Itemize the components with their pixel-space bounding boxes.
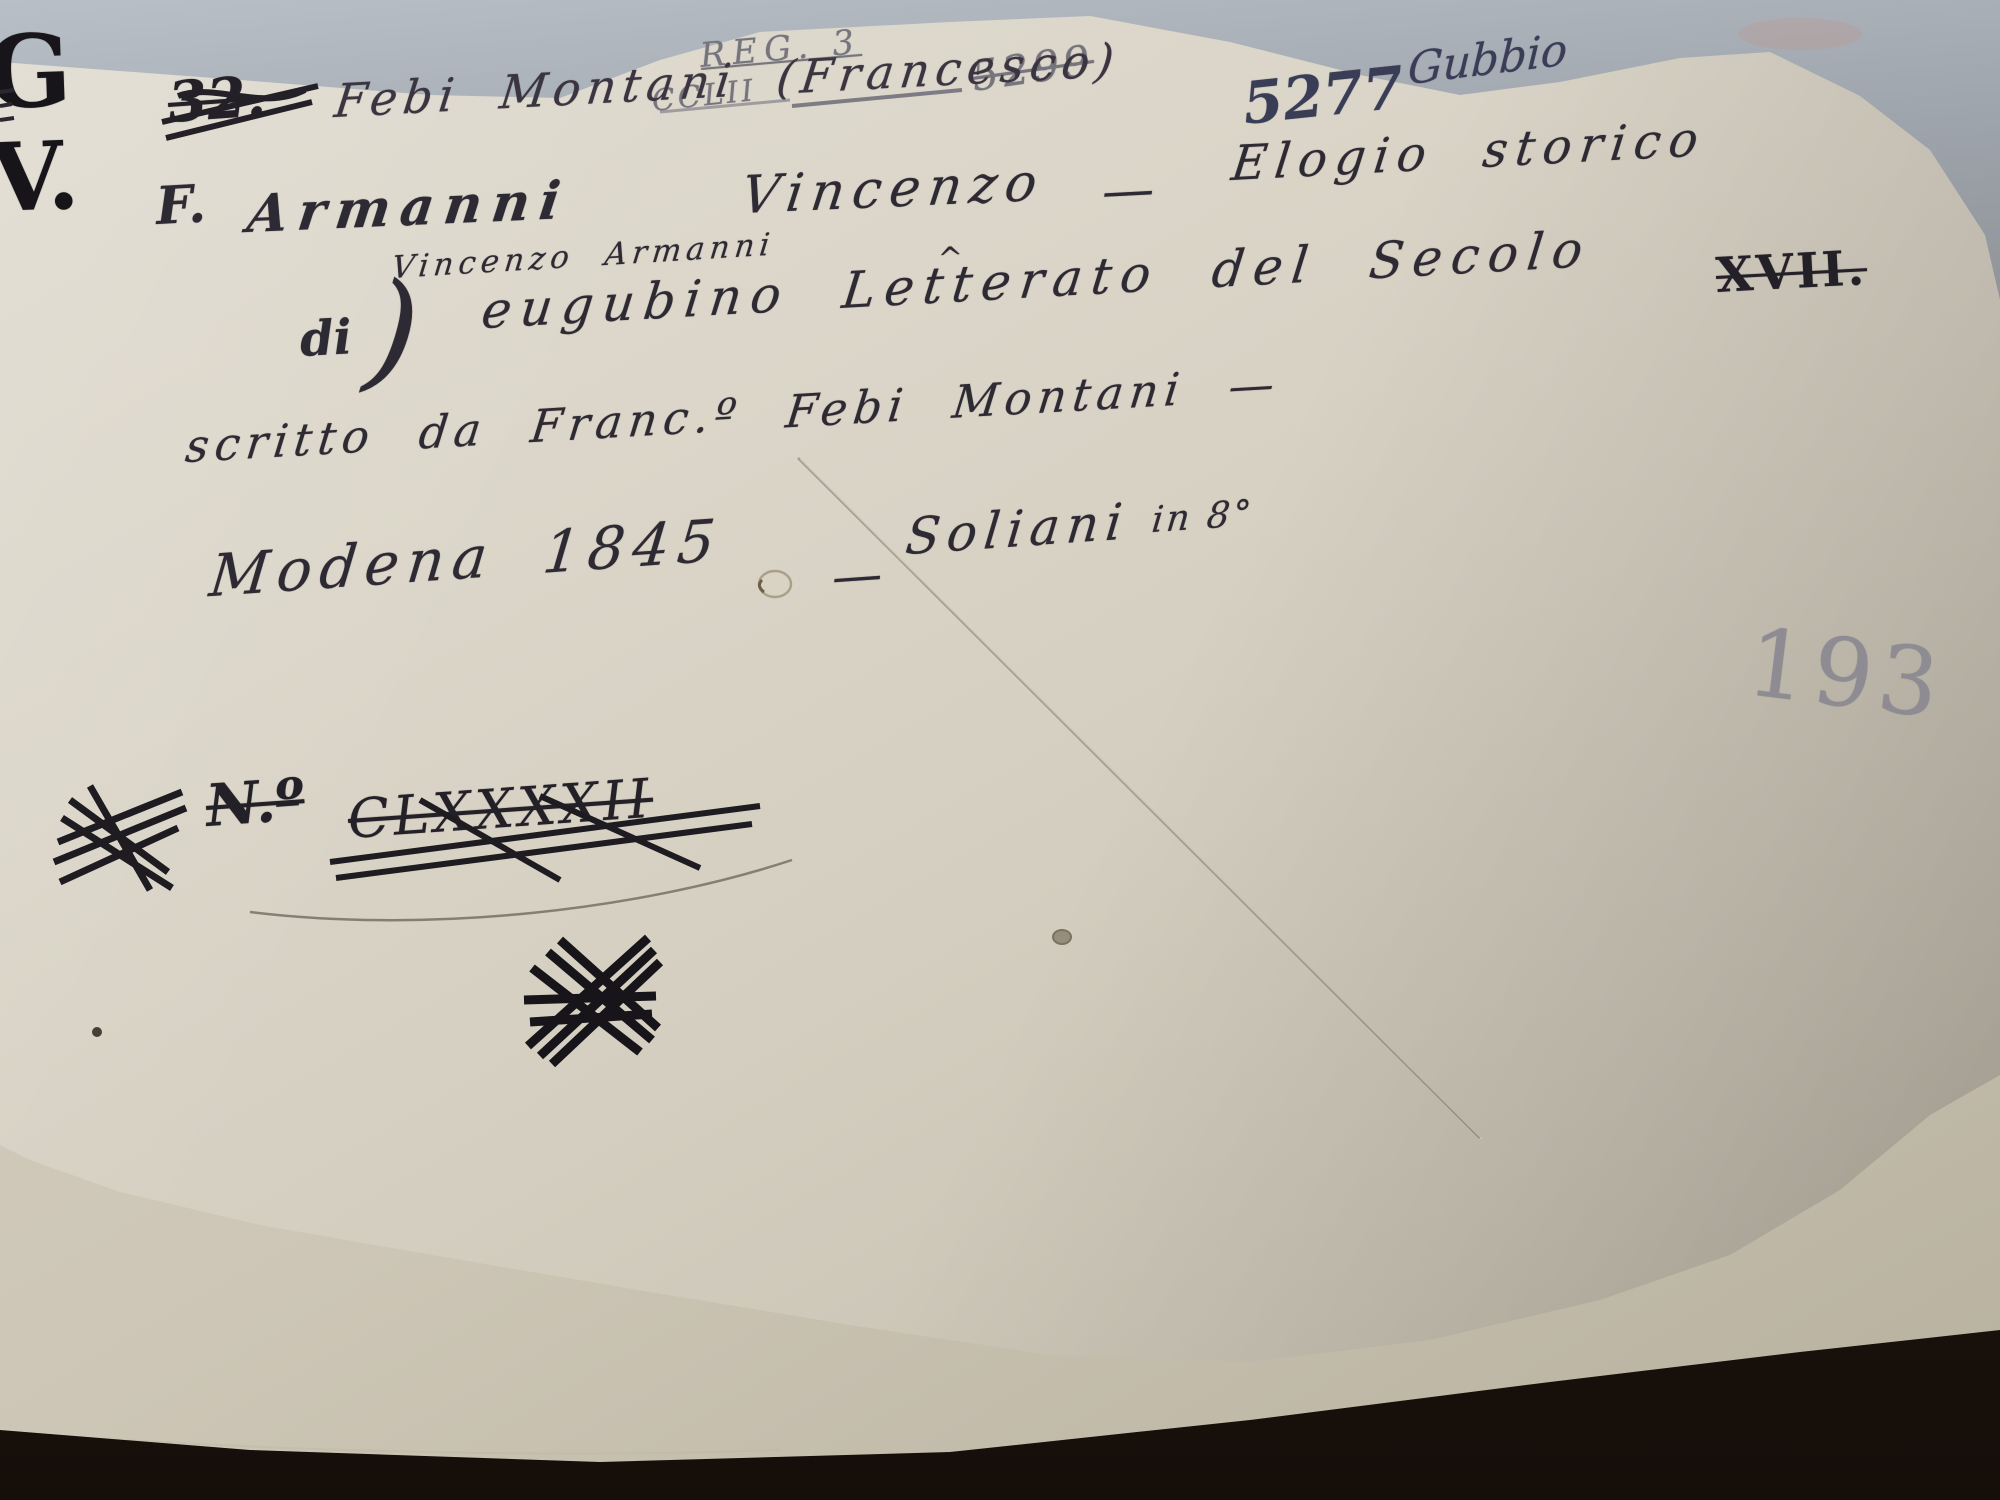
word-di: di xyxy=(299,309,354,368)
manuscript-photo: { "colors": { "ink": "#2e2a33", "pencil"… xyxy=(0,0,2000,1500)
book-format-text: in 8° xyxy=(1150,493,1256,542)
author-initial: F. xyxy=(154,173,207,237)
margin-letter-g: G xyxy=(0,11,73,132)
imprint-dash: — xyxy=(830,545,884,606)
book-format: in 8° xyxy=(1151,493,1256,541)
top-right-stain xyxy=(1738,18,1862,50)
dash-separator: — xyxy=(1100,159,1155,222)
century-roman-numeral: XVII. xyxy=(1715,240,1869,304)
struck-shelfmark-prefix: N.º xyxy=(204,765,307,840)
struck-item-number: 32. xyxy=(166,63,268,136)
margin-letter-v: V. xyxy=(0,121,81,234)
